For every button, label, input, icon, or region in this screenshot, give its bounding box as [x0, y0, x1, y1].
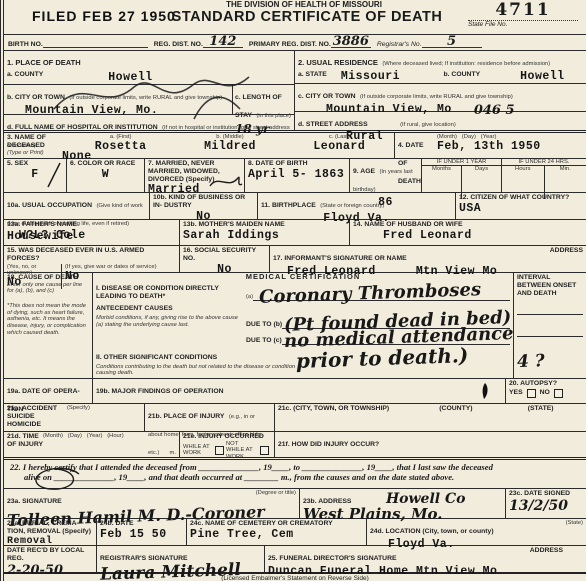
- ssn-box: 16. SOCIAL SECURITY NO. No: [179, 246, 269, 272]
- autopsy-yes-checkbox: [527, 389, 536, 398]
- certify-statement: 22. I hereby certify that I attended the…: [4, 457, 586, 488]
- antecedent-note: Morbid conditions, if any, giving rise t…: [96, 315, 246, 328]
- autopsy-no-label: NO: [540, 389, 550, 397]
- demographics-row: 5. SEX F 6. COLOR OR RACE W 7. MARRIED, …: [4, 158, 586, 192]
- certify-line-2: alive on ______________, 19____, and tha…: [24, 472, 580, 482]
- place-of-injury-label: 21b. PLACE OF INJURY: [148, 413, 224, 420]
- last-name-value: Leonard: [287, 140, 392, 153]
- registrar-no-value: 5: [422, 37, 482, 48]
- dob-label: 8. DATE OF BIRTH: [248, 160, 346, 168]
- street-note: (If rural, give location): [400, 122, 456, 128]
- due-to-b-label: DUE TO (b): [246, 321, 282, 329]
- date-signed-box: 23c. DATE SIGNED 13/2/50: [505, 489, 586, 518]
- res-county-value: Howell: [520, 70, 564, 83]
- reg-dist-label: REG. DIST. NO.: [154, 41, 203, 48]
- res-city-label: c. CITY OR TOWN: [298, 93, 356, 100]
- father-value: W?L? Cole: [19, 229, 176, 242]
- sex-label: 5. SEX: [7, 160, 63, 168]
- age-label: 9. AGE: [353, 168, 375, 175]
- res-county-label: b. COUNTY: [444, 71, 481, 83]
- father-box: 13a. FATHER'S NAME W?L? Cole: [4, 220, 179, 245]
- first-name-value: Rosetta: [68, 140, 173, 153]
- name-of-deceased-box: 3. NAME OF DECEASED (Type or Print) a. (…: [4, 133, 394, 158]
- certificate-title: STANDARD CERTIFICATE OF DEATH: [142, 9, 472, 25]
- armed-forces-box: 15. WAS DECEASED EVER IN U.S. ARMED FORC…: [4, 246, 179, 272]
- burial-label: 24a. BURIAL, CREMA- TION, REMOVAL (Speci…: [7, 520, 93, 536]
- res-city-note: (If outside corporate limits, write RURA…: [360, 94, 513, 100]
- dod-value: Feb, 13th 1950: [437, 140, 584, 153]
- autopsy-label: 20. AUTOPSY?: [509, 380, 583, 388]
- dob-value: April 5- 1863: [248, 168, 346, 181]
- injury-row-1: 21a. ACCIDENT SUICIDE HOMICIDE (Specify)…: [4, 403, 586, 431]
- ink-mark: [477, 381, 493, 401]
- injury-occurred-box: 21e. INJURY OCCURRED WHILE AT WORK NOT W…: [179, 432, 274, 457]
- race-value: W: [70, 168, 141, 181]
- occupation-row: 10a. USUAL OCCUPATION (Give kind of work…: [4, 192, 586, 219]
- autopsy-no-checkbox: [554, 389, 563, 398]
- autopsy-box: 20. AUTOPSY? YES NO: [505, 379, 586, 403]
- race-label: 6. COLOR OR RACE: [70, 160, 141, 168]
- certify-line-1: 22. I hereby certify that I attended the…: [10, 462, 580, 472]
- state-label: a. STATE: [298, 71, 327, 83]
- age-box: 9. AGE (In years last birthday) 86: [349, 159, 421, 192]
- injury-occurred-label: 21e. INJURY OCCURRED: [183, 433, 271, 441]
- registrar-signature-value: Laura Mitchell: [100, 559, 262, 581]
- interval-label: INTERVAL BETWEEN ONSET AND DEATH: [517, 274, 583, 297]
- date-received-box: DATE REC'D BY LOCAL REG. 2-20-50: [4, 546, 96, 572]
- operation-row: 19a. DATE OF OPERA- TION 19b. MAJOR FIND…: [4, 378, 586, 403]
- cause-line-c: DUE TO (c) no medical attendance: [93, 329, 513, 345]
- accident-box: 21a. ACCIDENT SUICIDE HOMICIDE (Specify): [4, 404, 144, 431]
- county-label: a. COUNTY: [7, 71, 43, 84]
- burial-row: 24a. BURIAL, CREMA- TION, REMOVAL (Speci…: [4, 518, 586, 545]
- informant-box: 17. INFORMANT'S SIGNATURE OR NAME ADDRES…: [269, 246, 586, 272]
- spouse-value: Fred Leonard: [383, 229, 583, 242]
- state-file-label: State File No.: [468, 21, 578, 28]
- birthplace-note: (State or foreign country): [320, 203, 384, 209]
- birthplace-box: 11. BIRTHPLACE (State or foreign country…: [257, 193, 455, 219]
- sex-box: 5. SEX F: [4, 159, 66, 192]
- spouse-label: 14. NAME OF HUSBAND OR WIFE: [353, 221, 583, 229]
- signer-address-label: 23b. ADDRESS: [303, 498, 351, 505]
- parents-row: 13a. FATHER'S NAME W?L? Cole 13b. MOTHER…: [4, 219, 586, 245]
- burial-location-box: 24d. LOCATION (City, town, or county) (S…: [366, 519, 586, 545]
- signature-row: 23a. SIGNATURE (Degree or title) Tolleen…: [4, 488, 586, 518]
- while-at-work-checkbox: [215, 446, 224, 455]
- burial-date-value: Feb 15 50: [100, 528, 183, 541]
- mother-value: Sarah Iddings: [183, 229, 346, 242]
- reg-dist-value: 142: [203, 37, 243, 48]
- other-conditions-value: prior to death.): [296, 343, 469, 380]
- ssn-label: 16. SOCIAL SECURITY NO.: [183, 247, 266, 263]
- date-received-label: DATE REC'D BY LOCAL REG.: [7, 547, 93, 563]
- usual-residence-title: 2. USUAL RESIDENCE: [298, 58, 378, 67]
- birth-no-label: BIRTH NO.: [8, 41, 43, 48]
- registrar-row: DATE REC'D BY LOCAL REG. 2-20-50 REGISTR…: [4, 545, 586, 572]
- registration-line: BIRTH NO. REG. DIST. NO.142 PRIMARY REG.…: [4, 34, 586, 50]
- state-value: Missouri: [341, 70, 400, 83]
- name-title: 3. NAME OF DECEASED: [7, 134, 63, 150]
- usual-residence-box: 2. USUAL RESIDENCE (Where deceased lived…: [294, 51, 586, 130]
- funeral-director-label: 25. FUNERAL DIRECTOR'S SIGNATURE: [268, 555, 397, 562]
- place-of-death-title: 1. PLACE OF DEATH: [7, 58, 81, 67]
- name-date-row: 3. NAME OF DECEASED (Type or Print) a. (…: [4, 130, 586, 158]
- major-findings-label: 19b. MAJOR FINDINGS OF OPERATION: [96, 388, 224, 395]
- date-received-value: 2-20-50: [7, 563, 93, 578]
- registrar-signature-box: REGISTRAR'S SIGNATURE Laura Mitchell: [96, 546, 264, 572]
- under-24-hrs-box: IF UNDER 24 HRS. Hours Min.: [501, 159, 586, 192]
- citizen-value: USA: [459, 202, 583, 215]
- cause-of-death-sidebar: 18. CAUSE OF DEATH Enter only one cause …: [4, 273, 92, 378]
- occupation-box: 10a. USUAL OCCUPATION (Give kind of work…: [4, 193, 149, 219]
- cemetery-value: Pine Tree, Cem: [190, 528, 363, 541]
- marital-box: 7. MARRIED, NEVER MARRIED, WIDOWED, DIVO…: [144, 159, 244, 192]
- injury-county-label: (COUNTY): [414, 405, 499, 430]
- burial-location-state: (State): [566, 520, 583, 526]
- date-signed-value: 13/2/50: [509, 498, 583, 514]
- state-file-number: 4711: [468, 0, 578, 21]
- death-certificate: FILED FEB 27 1950 THE DIVISION OF HEALTH…: [0, 0, 586, 581]
- how-injury-box: 21f. HOW DID INJURY OCCUR?: [274, 432, 586, 457]
- burial-location-label: 24d. LOCATION (City, town, or county): [370, 528, 494, 535]
- division-line: THE DIVISION OF HEALTH OF MISSOURI: [164, 0, 444, 9]
- injury-city-label: 21c. (CITY, TOWN, OR TOWNSHIP): [278, 405, 414, 430]
- due-to-c-label: DUE TO (c): [246, 337, 282, 345]
- major-findings-box: 19b. MAJOR FINDINGS OF OPERATION: [92, 379, 505, 403]
- mother-box: 13b. MOTHER'S MAIDEN NAME Sarah Iddings: [179, 220, 349, 245]
- place-residence-section: 1. PLACE OF DEATH a. COUNTY Howell b. CI…: [4, 50, 586, 130]
- registrar-no-label: Registrar's No.: [377, 41, 422, 48]
- not-while-checkbox: [260, 446, 269, 455]
- father-label: 13a. FATHER'S NAME: [7, 221, 176, 229]
- marital-label: 7. MARRIED, NEVER MARRIED, WIDOWED, DIVO…: [148, 160, 241, 183]
- signer-address-box: 23b. ADDRESS Howell Co West Plains, Mo.: [299, 489, 505, 518]
- accident-label: 21a. ACCIDENT SUICIDE HOMICIDE: [7, 405, 67, 430]
- place-of-death-box: 1. PLACE OF DEATH a. COUNTY Howell b. CI…: [4, 51, 294, 130]
- time-of-injury-label: 21d. TIME OF INJURY: [7, 433, 43, 456]
- autopsy-yes-label: YES: [509, 389, 523, 397]
- birth-no-field: [43, 47, 148, 48]
- spouse-box: 14. NAME OF HUSBAND OR WIFE Fred Leonard: [349, 220, 586, 245]
- medical-cert-main: MEDICAL CERTIFICATION I. DISEASE OR COND…: [92, 273, 513, 378]
- burial-box: 24a. BURIAL, CREMA- TION, REMOVAL (Speci…: [4, 519, 96, 545]
- antecedent-title: ANTECEDENT CAUSES: [96, 305, 173, 312]
- injury-location-box: 21c. (CITY, TOWN, OR TOWNSHIP) (COUNTY) …: [274, 404, 586, 431]
- place-of-injury-box: 21b. PLACE OF INJURY (e.g., in or about …: [144, 404, 274, 431]
- burial-value: Removal: [7, 536, 93, 547]
- burial-date-box: 24b. DATE Feb 15 50: [96, 519, 186, 545]
- under-24-hrs-label: IF UNDER 24 HRS.: [502, 159, 586, 166]
- hospital-label: d. FULL NAME OF HOSPITAL OR INSTITUTION: [7, 124, 158, 131]
- name-subtitle: (Type or Print): [7, 150, 63, 157]
- middle-name-value: Mildred: [177, 140, 282, 153]
- city-town-note: (If outside corporate limits, write RURA…: [69, 95, 222, 101]
- funeral-address-label: ADDRESS: [530, 547, 563, 555]
- while-at-work-label: WHILE AT WORK: [183, 444, 213, 457]
- time-m-label: m.: [170, 450, 176, 456]
- registrar-signature-label: REGISTRAR'S SIGNATURE: [100, 555, 188, 562]
- citizen-box: 12. CITIZEN OF WHAT COUNTRY? USA: [455, 193, 586, 219]
- industry-box: 10b. KIND OF BUSINESS OR IN- DUSTRY No: [149, 193, 257, 219]
- date-signed-label: 23c. DATE SIGNED: [509, 490, 583, 498]
- funeral-director-value: Duncan Funeral Home Mtn View Mo: [268, 565, 583, 578]
- date-of-death-box: 4. DATE OF DEATH (Month) (Day) (Year) Fe…: [394, 133, 586, 158]
- armed-forces-label: 15. WAS DECEASED EVER IN U.S. ARMED FORC…: [4, 246, 179, 264]
- forces-informant-row: 15. WAS DECEASED EVER IN U.S. ARMED FORC…: [4, 245, 586, 272]
- other-conditions-title: II. OTHER SIGNIFICANT CONDITIONS: [96, 354, 217, 361]
- citizen-label: 12. CITIZEN OF WHAT COUNTRY?: [459, 194, 583, 202]
- usual-residence-note: (Where deceased lived; If institution: r…: [382, 61, 550, 67]
- time-of-injury-box: 21d. TIME OF INJURY (Month) (Day) (Year)…: [4, 432, 179, 457]
- injury-row-2: 21d. TIME OF INJURY (Month) (Day) (Year)…: [4, 431, 586, 457]
- street-label: d. STREET ADDRESS: [298, 121, 368, 128]
- under-1-year-box: IF UNDER 1 YEAR Months Days: [421, 159, 501, 192]
- cause-of-death-sub: Enter only one cause per line for (a), (…: [7, 282, 89, 295]
- signature-label: 23a. SIGNATURE: [7, 498, 62, 505]
- race-box: 6. COLOR OR RACE W: [66, 159, 144, 192]
- other-conditions-line: II. OTHER SIGNIFICANT CONDITIONS Conditi…: [93, 345, 513, 378]
- state-file-box: 4711 State File No.: [468, 0, 578, 28]
- cemetery-label: 24c. NAME OF CEMETERY OR CREMATORY: [190, 520, 363, 528]
- occupation-label: 10a. USUAL OCCUPATION: [7, 202, 92, 209]
- under-1-year-label: IF UNDER 1 YEAR: [422, 159, 501, 166]
- header: FILED FEB 27 1950 THE DIVISION OF HEALTH…: [4, 0, 586, 34]
- burial-date-label: 24b. DATE: [100, 520, 183, 528]
- informant-label: 17. INFORMANT'S SIGNATURE OR NAME: [273, 255, 407, 262]
- funeral-director-box: 25. FUNERAL DIRECTOR'S SIGNATURE ADDRESS…: [264, 546, 586, 572]
- primary-reg-value: 3886: [331, 37, 371, 48]
- interval-value: 4 ?: [517, 350, 584, 372]
- birthplace-label: 11. BIRTHPLACE: [261, 202, 316, 209]
- mother-label: 13b. MOTHER'S MAIDEN NAME: [183, 221, 346, 229]
- signature-box: 23a. SIGNATURE (Degree or title) Tolleen…: [4, 489, 299, 518]
- city-town-label: b. CITY OR TOWN: [7, 94, 65, 101]
- primary-reg-label: PRIMARY REG. DIST. NO.: [249, 41, 331, 48]
- how-injury-label: 21f. HOW DID INJURY OCCUR?: [278, 441, 379, 448]
- accident-note: (Specify): [67, 405, 90, 430]
- cause-footnote: *This does not mean the mode of dying, s…: [7, 303, 89, 336]
- informant-address-label: ADDRESS: [550, 247, 583, 255]
- sex-value: F: [7, 168, 63, 181]
- time-of-injury-cols: (Month) (Day) (Year) (Hour): [43, 433, 170, 456]
- dob-box: 8. DATE OF BIRTH April 5- 1863: [244, 159, 349, 192]
- county-value: Howell: [108, 71, 152, 84]
- industry-label: 10b. KIND OF BUSINESS OR IN- DUSTRY: [153, 194, 254, 210]
- cause-of-death-title: 18. CAUSE OF DEATH: [7, 274, 89, 282]
- date-of-operation-box: 19a. DATE OF OPERA- TION: [4, 379, 92, 403]
- interval-box: INTERVAL BETWEEN ONSET AND DEATH 4 ?: [513, 273, 586, 378]
- signature-note: (Degree or title): [256, 490, 296, 496]
- other-conditions-note: Conditions contributing to the death but…: [96, 364, 296, 377]
- injury-state-label: (STATE): [498, 405, 583, 430]
- cemetery-box: 24c. NAME OF CEMETERY OR CREMATORY Pine …: [186, 519, 366, 545]
- medical-certification-section: 18. CAUSE OF DEATH Enter only one cause …: [4, 272, 586, 378]
